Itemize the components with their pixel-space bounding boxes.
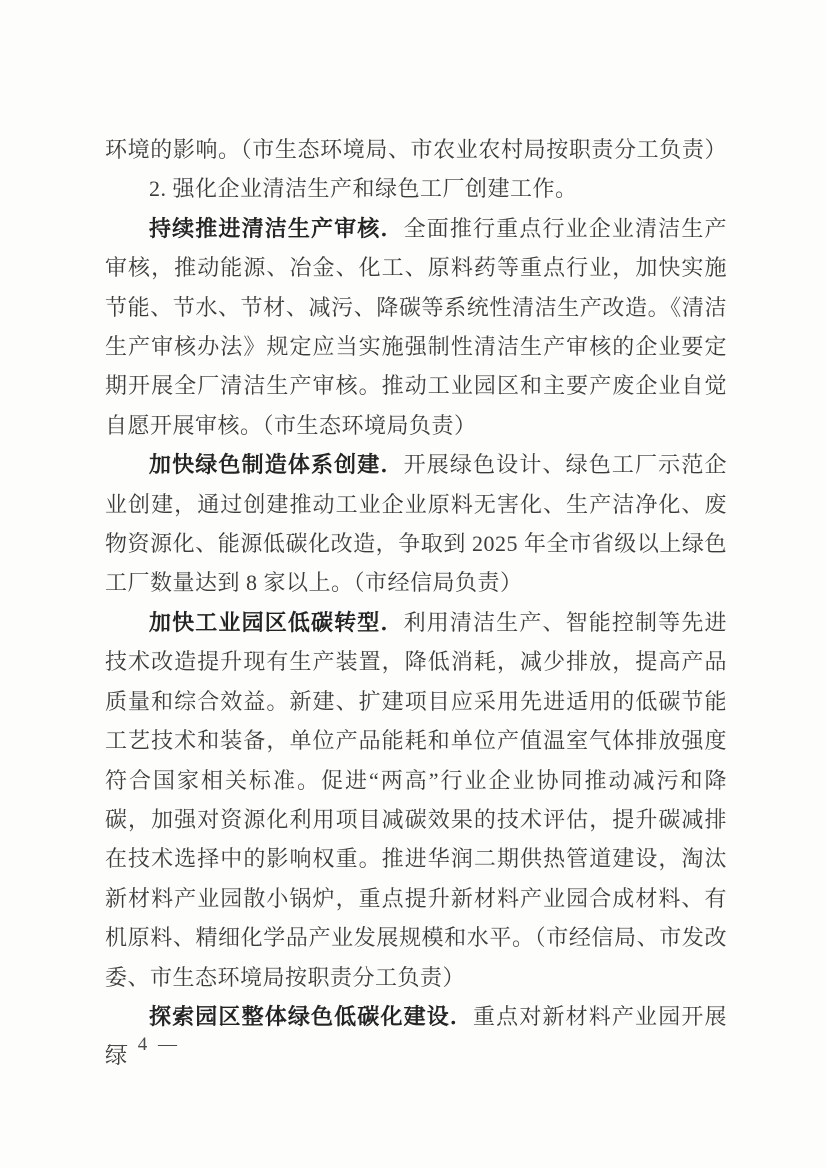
paragraph-text: 环境的影响。（市生态环境局、市农业农村局按职责分工负责）	[105, 137, 727, 162]
paragraph-lead-bold: 加快绿色制造体系创建．	[149, 452, 404, 477]
paragraph-clean-production-audit: 持续推进清洁生产审核．全面推行重点行业企业清洁生产审核，推动能源、冶金、化工、原…	[105, 209, 727, 445]
document-body: 环境的影响。（市生态环境局、市农业农村局按职责分工负责） 2. 强化企业清洁生产…	[105, 130, 727, 1076]
paragraph-numbered-item-2: 2. 强化企业清洁生产和绿色工厂创建工作。	[105, 169, 727, 208]
paragraph-lead-bold: 探索园区整体绿色低碳化建设．	[149, 1004, 473, 1029]
paragraph-park-green-low-carbon: 探索园区整体绿色低碳化建设．重点对新材料产业园开展绿	[105, 997, 727, 1076]
paragraph-lead-bold: 加快工业园区低碳转型．	[149, 610, 404, 635]
paragraph-green-manufacturing-system: 加快绿色制造体系创建．开展绿色设计、绿色工厂示范企业创建，通过创建推动工业企业原…	[105, 445, 727, 603]
paragraph-text: 利用清洁生产、智能控制等先进技术改造提升现有生产装置，降低消耗，减少排放，提高产…	[105, 610, 727, 990]
document-page: 环境的影响。（市生态环境局、市农业农村局按职责分工负责） 2. 强化企业清洁生产…	[0, 0, 826, 1168]
page-footer: — 4 —	[108, 1033, 180, 1057]
paragraph-text: 全面推行重点行业企业清洁生产审核，推动能源、冶金、化工、原料药等重点行业，加快实…	[105, 216, 727, 438]
paragraph-text: 2. 强化企业清洁生产和绿色工厂创建工作。	[149, 176, 578, 201]
paragraph-lead-bold: 持续推进清洁生产审核．	[149, 216, 404, 241]
page-number: — 4 —	[108, 1034, 180, 1055]
paragraph-continuation: 环境的影响。（市生态环境局、市农业农村局按职责分工负责）	[105, 130, 727, 169]
paragraph-industrial-park-low-carbon: 加快工业园区低碳转型．利用清洁生产、智能控制等先进技术改造提升现有生产装置，降低…	[105, 603, 727, 997]
